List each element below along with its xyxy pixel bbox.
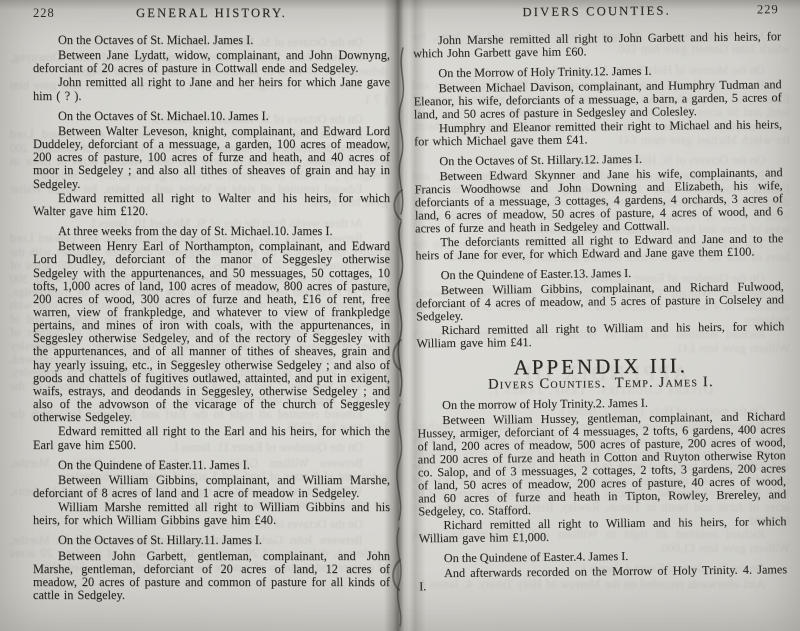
right-page-inner: DIVERS COUNTIES. 229 John Marshe remitte… — [413, 3, 788, 593]
right-page-content: John Marshe remitted all right to John G… — [413, 30, 787, 593]
section-heading: On the Octaves of St. Michael.10. James … — [58, 110, 390, 123]
right-running-head: DIVERS COUNTIES. 229 — [413, 3, 781, 24]
paragraph: Between Henry Earl of Northampton, compl… — [33, 240, 390, 424]
right-running-header-title: DIVERS COUNTIES. — [413, 3, 781, 20]
right-page-number: 229 — [757, 3, 779, 16]
section-heading: On the Octaves of St. Michael. James I. — [58, 34, 390, 47]
section-heading: At three weeks from the day of St. Micha… — [58, 225, 390, 238]
paragraph: Between Jane Lydatt, widow, complainant,… — [33, 49, 390, 75]
paragraph: Between William Gibbins, complainant, an… — [416, 280, 784, 323]
left-page-content: On the Octaves of St. Michael. James I.B… — [33, 34, 390, 602]
paragraph: Richard remitted all right to William an… — [418, 515, 786, 545]
paragraph: Edward remitted all right to Walter and … — [33, 192, 390, 218]
right-page: John Marshe remitted all right to John G… — [402, 0, 800, 631]
left-page: On the Octaves of St. Michael. James I.B… — [0, 0, 398, 631]
appendix-title: APPENDIX III. — [417, 358, 785, 375]
paragraph: Richard remitted all right to William an… — [416, 320, 784, 350]
paragraph: Between Walter Leveson, knight, complain… — [33, 125, 390, 191]
paragraph: And afterwards recorded on the Morrow of… — [419, 563, 787, 593]
paragraph: Between John Garbett, gentleman, complai… — [33, 550, 390, 603]
paragraph: Between William Gibbins, complainant, an… — [33, 474, 390, 500]
paragraph: Between William Hussey, gentleman, compl… — [417, 410, 786, 518]
section-heading: On the Quindene of Easter.11. James I. — [58, 459, 390, 472]
book-scan: On the Octaves of St. Michael. James I.B… — [0, 0, 800, 631]
appendix-subtitle: Divers Counties. Temp. James I. — [417, 375, 785, 392]
paragraph: Between Michael Davison, complainant, an… — [413, 78, 781, 121]
paragraph: Edward remitted all right to the Earl an… — [33, 425, 390, 451]
left-page-number: 228 — [33, 7, 55, 20]
paragraph: Between Edward Skynner and Jane his wife… — [414, 166, 783, 235]
paragraph: Humphry and Eleanor remitted their right… — [414, 118, 782, 148]
paragraph: The deforciants remitted all right to Ed… — [415, 232, 783, 262]
left-running-head: 228 GENERAL HISTORY. — [33, 7, 390, 24]
paragraph: William Marshe remitted all right to Wil… — [33, 501, 390, 527]
paragraph: John remitted all right to Jane and her … — [33, 76, 390, 102]
left-running-header-title: GENERAL HISTORY. — [33, 7, 390, 20]
section-heading: On the Octaves of St. Hillary.11. James … — [58, 534, 390, 547]
left-page-inner: 228 GENERAL HISTORY. On the Octaves of S… — [33, 7, 390, 602]
paragraph: John Marshe remitted all right to John G… — [413, 30, 781, 60]
